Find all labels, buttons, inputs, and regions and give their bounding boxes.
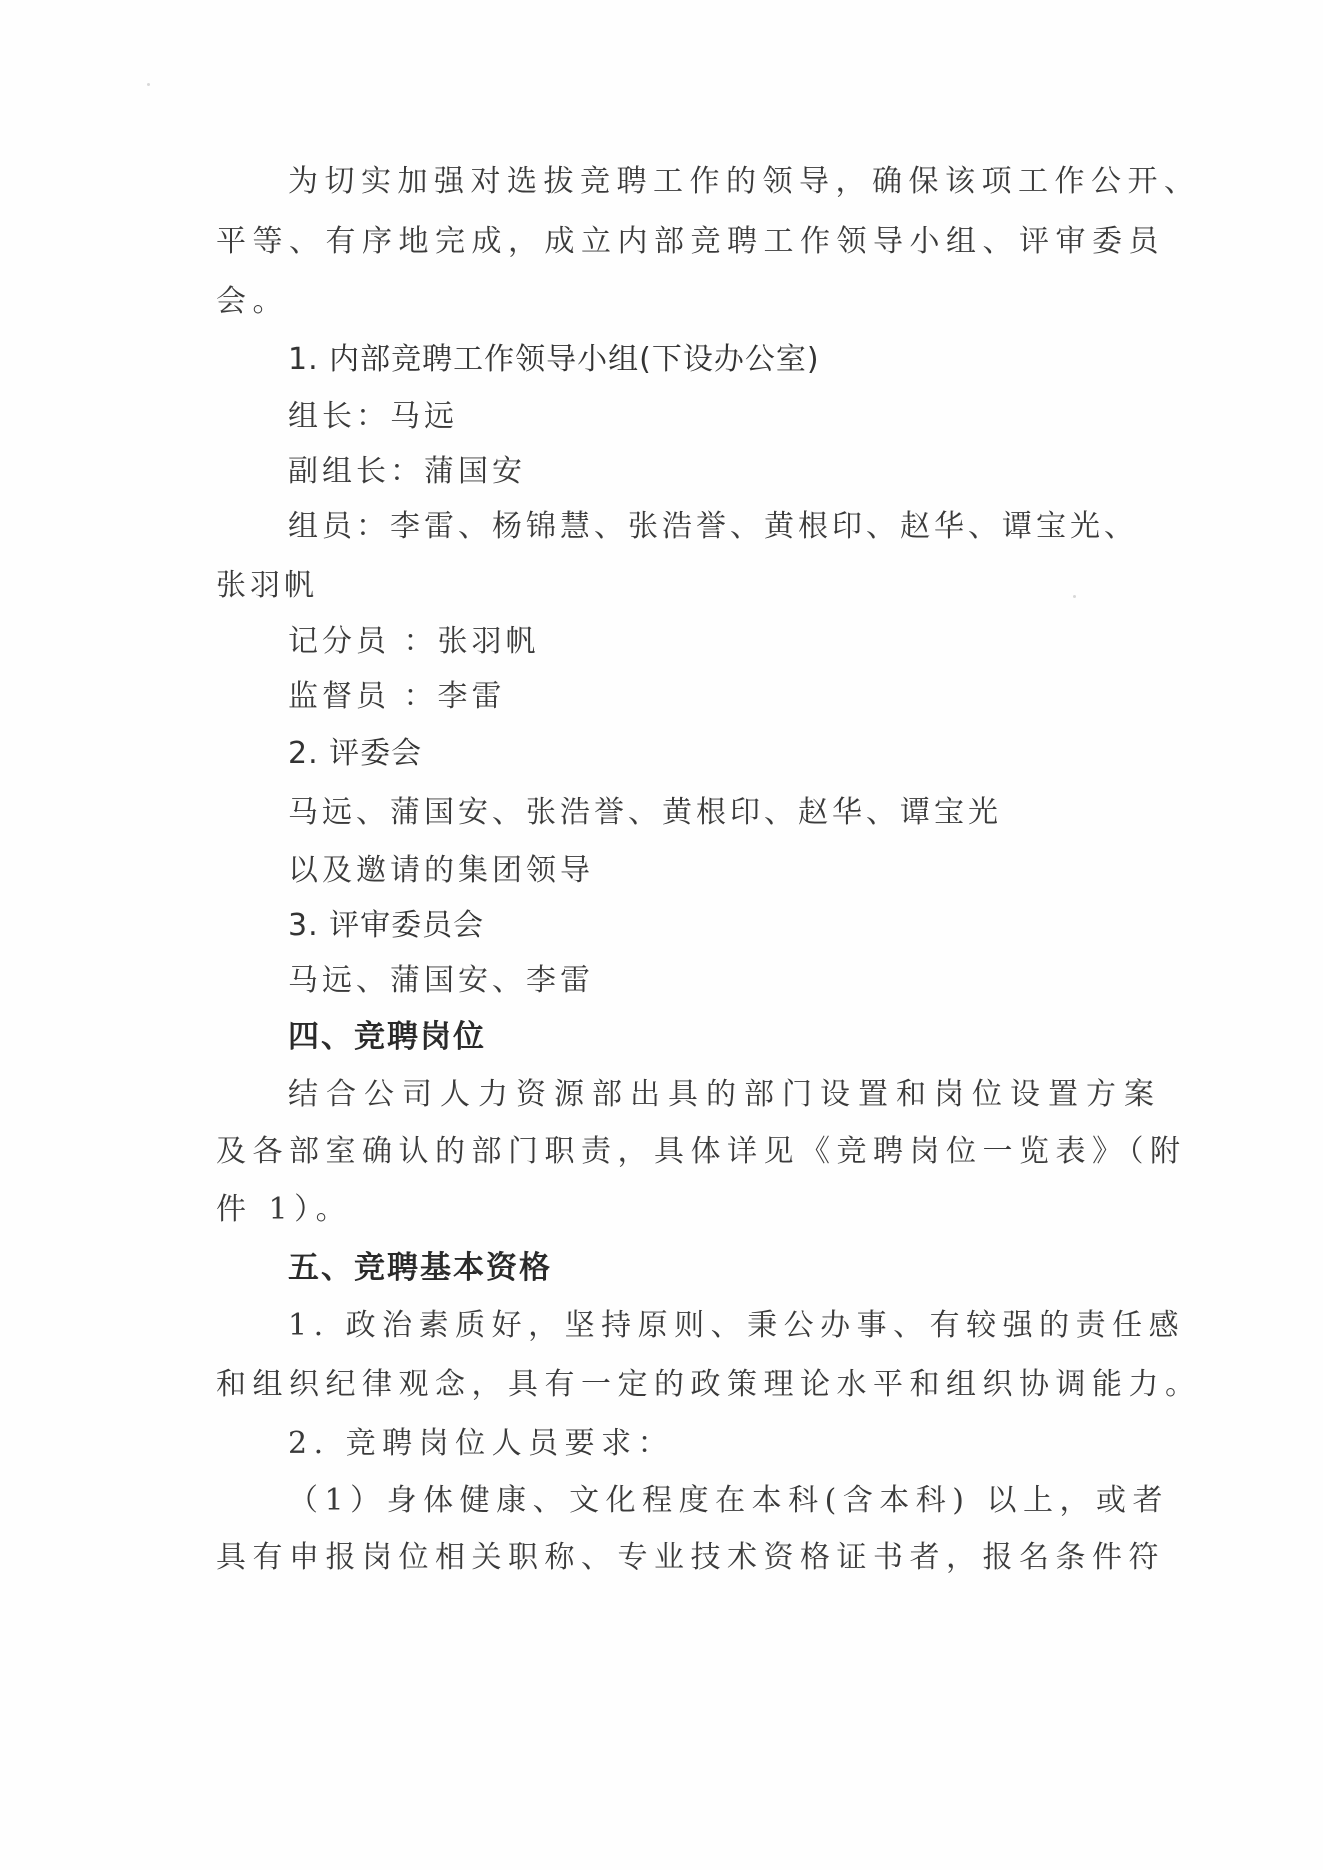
group1-deputy: 副组长：蒲国安 (288, 448, 1158, 496)
group1-leader: 组长：马远 (288, 393, 1158, 441)
group2-title: 2. 评委会 (288, 730, 1158, 778)
scan-speck (147, 83, 150, 86)
section-5-item-2-sub-1-line-2: 具有申报岗位相关职称、专业技术资格证书者，报名条件符 (216, 1534, 1156, 1582)
section-5-item-2-title: 2. 竞聘岗位人员要求： (288, 1420, 1158, 1468)
group1-supervisor: 监督员 ：李雷 (288, 673, 1158, 721)
section-4-body-line-1: 结合公司人力资源部出具的部门设置和岗位设置方案 (288, 1071, 1158, 1119)
section-5-item-1-line-1: 1. 政治素质好，坚持原则、秉公办事、有较强的责任感 (288, 1302, 1158, 1350)
group3-title: 3. 评审委员会 (288, 902, 1158, 950)
group1-members-line-1: 组员：李雷、杨锦慧、张浩誉、黄根印、赵华、谭宝光、 (288, 503, 1158, 551)
document-page: 为切实加强对选拔竞聘工作的领导，确保该项工作公开、 平等、有序地完成，成立内部竞… (0, 0, 1323, 1870)
paragraph-intro-line-1: 为切实加强对选拔竞聘工作的领导，确保该项工作公开、 (288, 158, 1158, 206)
section-5-item-1-line-2: 和组织纪律观念，具有一定的政策理论水平和组织协调能力。 (216, 1361, 1156, 1409)
group1-members-line-2: 张羽帆 (216, 562, 1156, 610)
group3-members: 马远、蒲国安、李雷 (288, 957, 1158, 1005)
group1-scorer: 记分员 ：张羽帆 (288, 618, 1158, 666)
section-4-body-line-3: 件 1）。 (216, 1186, 1156, 1234)
section-5-item-2-sub-1-line-1: （1）身体健康、文化程度在本科(含本科) 以上，或者 (288, 1477, 1158, 1525)
group2-members-line-2: 以及邀请的集团领导 (288, 847, 1158, 895)
section-4-heading: 四、竞聘岗位 (288, 1013, 1158, 1061)
group2-members-line-1: 马远、蒲国安、张浩誉、黄根印、赵华、谭宝光 (288, 789, 1158, 837)
paragraph-intro-line-2: 平等、有序地完成，成立内部竞聘工作领导小组、评审委员 (216, 218, 1156, 266)
group1-title: 1. 内部竞聘工作领导小组(下设办公室) (288, 336, 1158, 384)
scan-speck (1073, 595, 1076, 598)
paragraph-intro-line-3: 会。 (216, 278, 1156, 326)
section-4-body-line-2: 及各部室确认的部门职责，具体详见《竞聘岗位一览表》（附 (216, 1128, 1156, 1176)
section-5-heading: 五、竞聘基本资格 (288, 1244, 1158, 1292)
